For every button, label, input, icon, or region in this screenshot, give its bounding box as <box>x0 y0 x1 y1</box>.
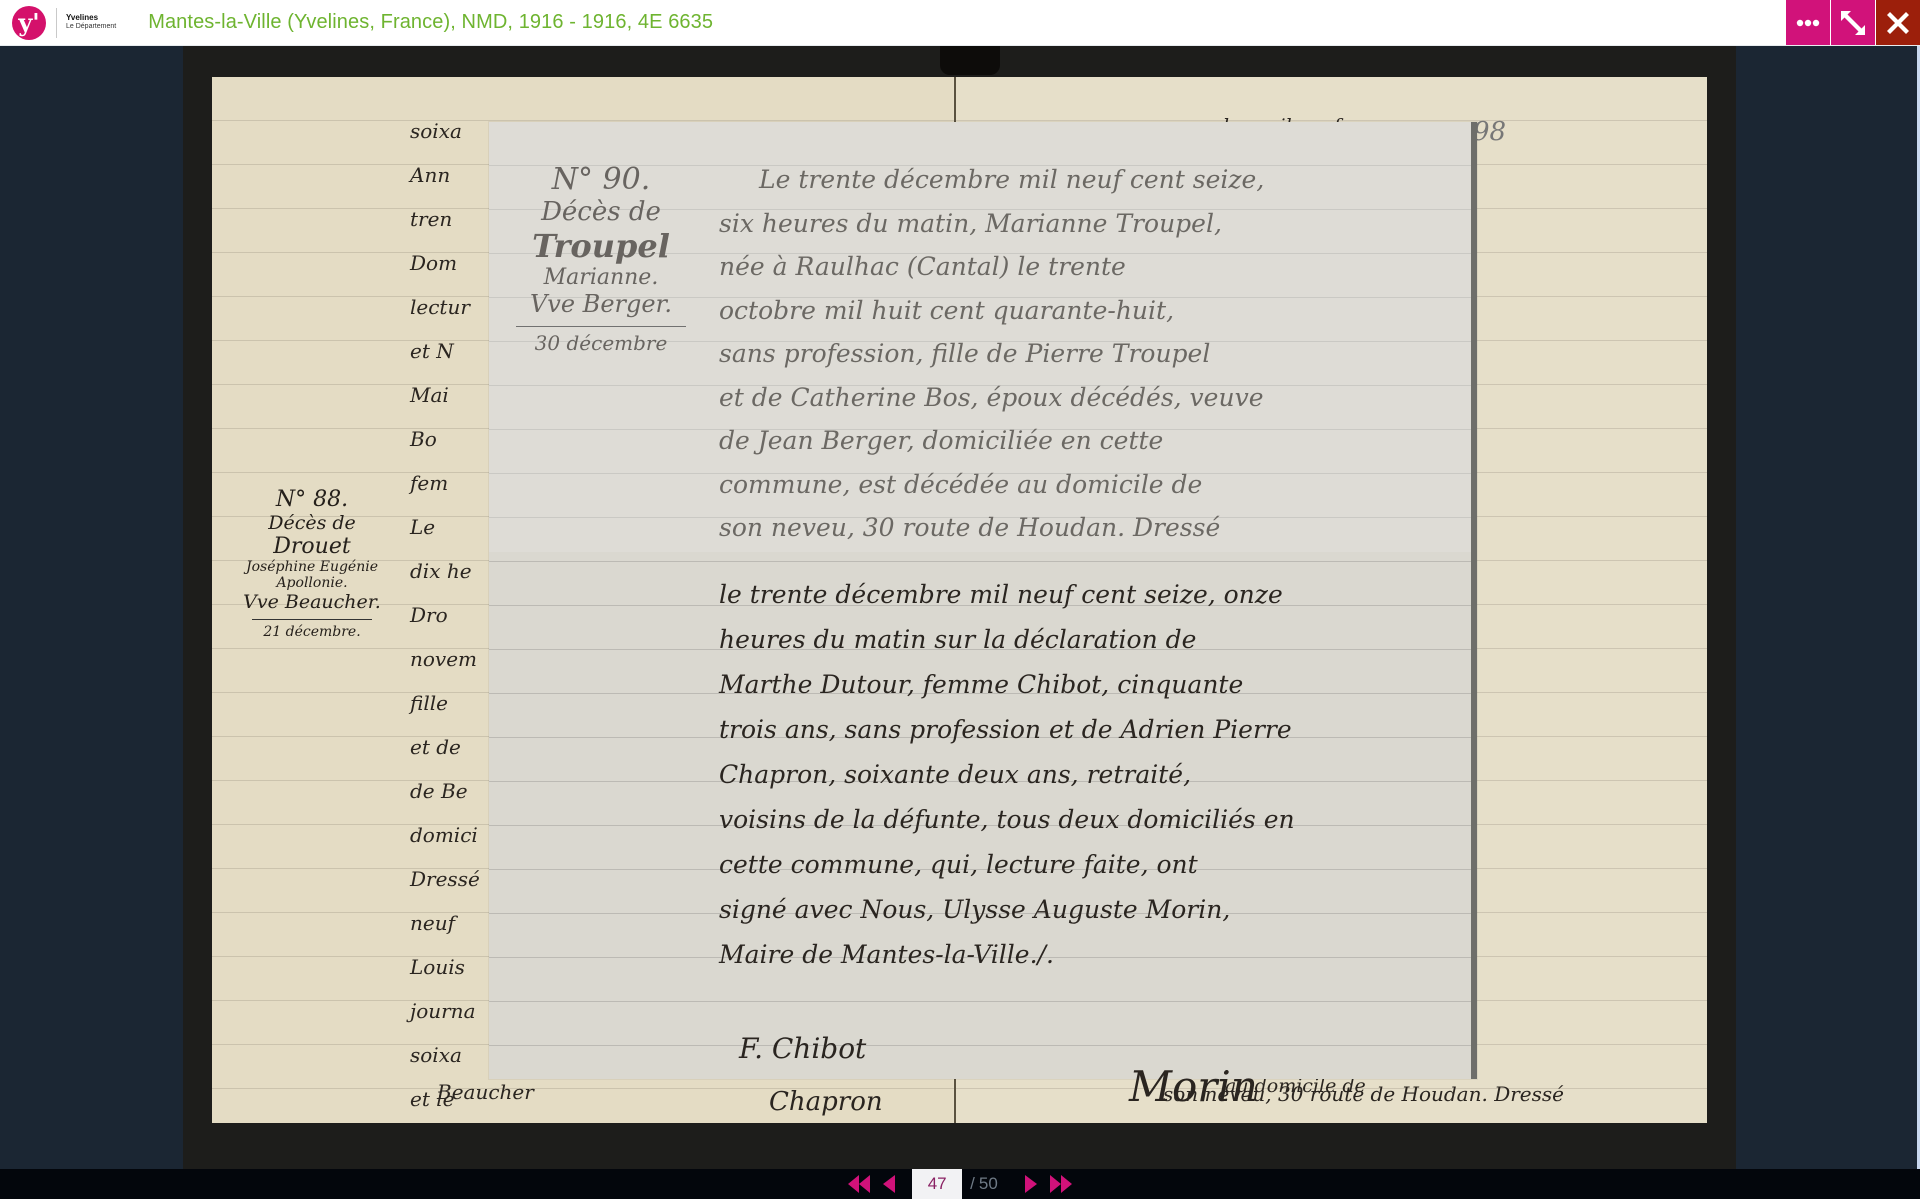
previous-page-button[interactable] <box>874 1169 904 1199</box>
register-scan[interactable]: N° 88. Décès de Drouet Joséphine Eugénie… <box>183 45 1736 1169</box>
text-line: voisins de la défunte, tous deux domicil… <box>719 797 1295 842</box>
double-chevron-left-icon <box>848 1175 870 1193</box>
chevron-right-icon <box>1025 1175 1037 1193</box>
text-line: Chapron, soixante deux ans, retraité, <box>719 752 1295 797</box>
binding-spine <box>940 45 1000 75</box>
pencil-note: 98 <box>1473 117 1506 147</box>
entry-given-names: Joséphine Eugénie Apollonie. <box>222 559 402 591</box>
left-column-text: soixa Ann tren Dom lectur et N Mai Bo fe… <box>410 109 480 1121</box>
text-line: heures du matin sur la déclaration de <box>719 617 1295 662</box>
logo-divider <box>56 8 57 38</box>
pagination-bar: / 50 <box>0 1169 1920 1199</box>
top-bar: y' Yvelines Le Département Mantes-la-Vil… <box>0 0 1920 46</box>
text-line: le trente décembre mil neuf cent seize, … <box>719 572 1295 617</box>
margin-entry-88: N° 88. Décès de Drouet Joséphine Eugénie… <box>222 487 402 640</box>
signature-chibot: F. Chibot <box>739 1032 866 1065</box>
chevron-left-icon <box>883 1175 895 1193</box>
yvelines-logo[interactable]: y' Yvelines Le Département <box>0 0 116 45</box>
header-actions <box>1785 0 1920 45</box>
expand-arrows-icon <box>1840 10 1866 36</box>
logo-line-1: Yvelines <box>66 14 116 23</box>
logo-mark-icon: y' <box>12 6 46 40</box>
fullscreen-button[interactable] <box>1830 0 1875 45</box>
ellipsis-icon <box>1796 19 1820 27</box>
entry-date: 21 décembre. <box>222 624 402 640</box>
document-title: Mantes-la-Ville (Yvelines, France), NMD,… <box>148 11 713 34</box>
last-page-button[interactable] <box>1046 1169 1076 1199</box>
total-pages: 50 <box>979 1174 998 1194</box>
image-viewer[interactable]: N° 88. Décès de Drouet Joséphine Eugénie… <box>0 45 1920 1169</box>
right-bottom-line: son neveu, 30 route de Houdan. Dressé <box>1163 1082 1564 1106</box>
entry-90-text-bottom: le trente décembre mil neuf cent seize, … <box>719 572 1295 977</box>
page-separator: / <box>970 1174 975 1194</box>
first-page-button[interactable] <box>844 1169 874 1199</box>
entry-surname: Drouet <box>222 534 402 559</box>
logo-text: Yvelines Le Département <box>66 14 116 30</box>
logo-line-2: Le Département <box>66 23 116 31</box>
text-line: signé avec Nous, Ulysse Auguste Morin, <box>719 887 1295 932</box>
entry-number: N° 88. <box>222 487 402 512</box>
inset-upper-fragment <box>489 122 1477 552</box>
text-line: Marthe Dutour, femme Chibot, cinquante <box>719 662 1295 707</box>
double-chevron-right-icon <box>1050 1175 1072 1193</box>
text-line: cette commune, qui, lecture faite, ont <box>719 842 1295 887</box>
current-page-input[interactable] <box>912 1169 962 1199</box>
inset-right-edge <box>1471 122 1477 1079</box>
entry-widow: Vve Beaucher. <box>222 591 402 613</box>
more-options-button[interactable] <box>1785 0 1830 45</box>
entry-line1: Décès de <box>222 512 402 534</box>
close-button[interactable] <box>1875 0 1920 45</box>
text-line: trois ans, sans profession et de Adrien … <box>719 707 1295 752</box>
close-x-icon <box>1887 12 1909 34</box>
text-line: Maire de Mantes-la-Ville./. <box>719 932 1295 977</box>
next-page-button[interactable] <box>1016 1169 1046 1199</box>
left-bottom-signature: Beaucher <box>437 1080 534 1104</box>
